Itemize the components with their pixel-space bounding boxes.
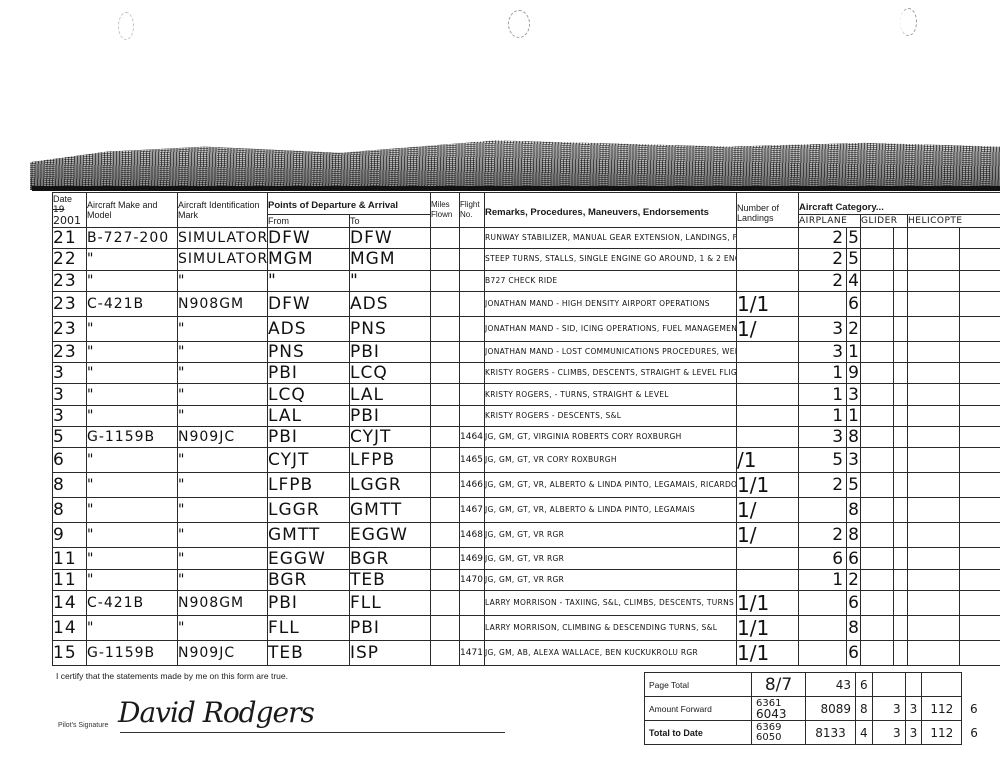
header-date: Date 19 2001 — [53, 193, 87, 228]
landings: 1/ — [737, 316, 799, 341]
flight-number: 1469 — [460, 548, 485, 569]
airplane-tenths: 5 — [847, 473, 861, 498]
helicopter-tenths — [960, 615, 1000, 640]
departure: DFW — [268, 291, 350, 316]
aircraft-make: " — [87, 523, 178, 548]
miles-flown — [431, 548, 460, 569]
helicopter-hours — [908, 341, 960, 362]
landings: /1 — [737, 448, 799, 473]
arrival: EGGW — [350, 523, 431, 548]
remarks: LARRY MORRISON, CLIMBING & DESCENDING TU… — [485, 615, 737, 640]
glider-tenths — [894, 384, 908, 405]
amount-forward-label: Amount Forward — [645, 697, 752, 721]
miles-flown — [431, 498, 460, 523]
airplane-tenths: 8 — [847, 615, 861, 640]
aircraft-ident: " — [178, 363, 268, 384]
remarks: JG, GM, GT, VR, ALBERTO & LINDA PINTO, L… — [485, 473, 737, 498]
log-entry-row: 21B-727-200SIMULATORDFWDFWRUNWAY STABILI… — [53, 228, 1000, 249]
pilot-signature: David Rodgers — [118, 696, 314, 729]
airplane-tenths: 9 — [847, 363, 861, 384]
aircraft-make: C-421B — [87, 291, 178, 316]
aircraft-make: " — [87, 316, 178, 341]
glider-hours — [861, 548, 894, 569]
airplane-hours: 1 — [799, 405, 847, 426]
glider-hours — [861, 249, 894, 270]
arrival: FLL — [350, 590, 431, 615]
glider-hours — [861, 291, 894, 316]
helicopter-hours — [908, 448, 960, 473]
glider-tenths — [894, 523, 908, 548]
log-entry-row: 6""CYJTLFPB1465JG, GM, GT, VR CORY ROXBU… — [53, 448, 1000, 473]
aircraft-make: " — [87, 615, 178, 640]
amount-forward-heli-hours: 112 — [922, 697, 962, 721]
flight-number: 1467 — [460, 498, 485, 523]
miles-flown — [431, 363, 460, 384]
log-entry-row: 3""LCQLALKRISTY ROGERS, - TURNS, STRAIGH… — [53, 384, 1000, 405]
landings: 1/1 — [737, 473, 799, 498]
airplane-tenths: 5 — [847, 249, 861, 270]
flight-number: 1470 — [460, 569, 485, 590]
entry-date: 14 — [53, 615, 87, 640]
arrival: PBI — [350, 615, 431, 640]
remarks: JONATHAN MAND - HIGH DENSITY AIRPORT OPE… — [485, 291, 737, 316]
aircraft-ident: " — [178, 498, 268, 523]
remarks: JG, GM, GT, VR CORY ROXBURGH — [485, 448, 737, 473]
helicopter-hours — [908, 228, 960, 249]
airplane-hours: 1 — [799, 384, 847, 405]
flight-number: 1466 — [460, 473, 485, 498]
page-total-landings: 8/7 — [752, 673, 806, 697]
entry-date: 23 — [53, 316, 87, 341]
glider-hours — [861, 473, 894, 498]
entry-date: 23 — [53, 341, 87, 362]
entry-date: 3 — [53, 405, 87, 426]
header-cat-glider: GLIDER — [861, 215, 908, 228]
aircraft-make: " — [87, 384, 178, 405]
airplane-tenths: 6 — [847, 291, 861, 316]
entry-date: 11 — [53, 569, 87, 590]
log-entry-row: 8""LFPBLGGR1466JG, GM, GT, VR, ALBERTO &… — [53, 473, 1000, 498]
miles-flown — [431, 270, 460, 291]
departure: PNS — [268, 341, 350, 362]
total-to-date-label: Total to Date — [645, 721, 752, 745]
glider-hours — [861, 270, 894, 291]
punch-hole — [508, 10, 530, 38]
helicopter-tenths — [960, 498, 1000, 523]
miles-flown — [431, 523, 460, 548]
airplane-tenths: 3 — [847, 448, 861, 473]
aircraft-make: G-1159B — [87, 427, 178, 448]
airplane-hours — [799, 640, 847, 665]
amount-forward-landings: 63616043 — [752, 697, 806, 721]
airplane-hours: 5 — [799, 448, 847, 473]
landings — [737, 384, 799, 405]
helicopter-hours — [908, 291, 960, 316]
glider-tenths — [894, 341, 908, 362]
flight-number — [460, 615, 485, 640]
helicopter-hours — [908, 427, 960, 448]
helicopter-tenths — [960, 427, 1000, 448]
glider-hours — [861, 640, 894, 665]
miles-flown — [431, 384, 460, 405]
miles-flown — [431, 405, 460, 426]
flight-number — [460, 316, 485, 341]
arrival: BGR — [350, 548, 431, 569]
aircraft-ident: " — [178, 316, 268, 341]
remarks: KRISTY ROGERS - DESCENTS, S&L — [485, 405, 737, 426]
helicopter-tenths — [960, 569, 1000, 590]
departure: PBI — [268, 590, 350, 615]
entry-date: 9 — [53, 523, 87, 548]
aircraft-ident: " — [178, 615, 268, 640]
remarks: LARRY MORRISON - TAXIING, S&L, CLIMBS, D… — [485, 590, 737, 615]
punch-hole — [900, 8, 917, 36]
flight-number: 1468 — [460, 523, 485, 548]
total-to-date-heli-tenths: 6 — [962, 721, 986, 745]
signature-label: Pilot's Signature — [58, 722, 108, 729]
entry-date: 3 — [53, 363, 87, 384]
miles-flown — [431, 640, 460, 665]
page-total-heli-tenths — [962, 673, 986, 697]
airplane-hours: 2 — [799, 473, 847, 498]
glider-hours — [861, 569, 894, 590]
miles-flown — [431, 473, 460, 498]
pilot-logbook-page: Date 19 2001 Aircraft Make and Model Air… — [52, 192, 1000, 666]
glider-tenths — [894, 590, 908, 615]
arrival: LFPB — [350, 448, 431, 473]
helicopter-tenths — [960, 640, 1000, 665]
airplane-hours: 2 — [799, 523, 847, 548]
entry-date: 23 — [53, 291, 87, 316]
flight-number — [460, 249, 485, 270]
log-entry-row: 14C-421BN908GMPBIFLLLARRY MORRISON - TAX… — [53, 590, 1000, 615]
arrival: GMTT — [350, 498, 431, 523]
airplane-hours — [799, 590, 847, 615]
arrival: PBI — [350, 405, 431, 426]
airplane-hours: 3 — [799, 316, 847, 341]
aircraft-ident: SIMULATOR — [178, 228, 268, 249]
glider-hours — [861, 405, 894, 426]
departure: CYJT — [268, 448, 350, 473]
helicopter-tenths — [960, 270, 1000, 291]
signature-line — [120, 732, 505, 733]
helicopter-tenths — [960, 590, 1000, 615]
miles-flown — [431, 569, 460, 590]
helicopter-tenths — [960, 523, 1000, 548]
departure: LAL — [268, 405, 350, 426]
aircraft-ident: N909JC — [178, 640, 268, 665]
header-points: Points of Departure & Arrival — [268, 193, 431, 215]
miles-flown — [431, 316, 460, 341]
aircraft-make: G-1159B — [87, 640, 178, 665]
arrival: PNS — [350, 316, 431, 341]
helicopter-tenths — [960, 363, 1000, 384]
aircraft-make: " — [87, 448, 178, 473]
aircraft-make: B-727-200 — [87, 228, 178, 249]
helicopter-tenths — [960, 316, 1000, 341]
airplane-hours: 2 — [799, 228, 847, 249]
helicopter-tenths — [960, 448, 1000, 473]
airplane-hours: 2 — [799, 270, 847, 291]
helicopter-tenths — [960, 384, 1000, 405]
airplane-hours: 6 — [799, 548, 847, 569]
flight-number — [460, 341, 485, 362]
airplane-tenths: 6 — [847, 640, 861, 665]
aircraft-ident: SIMULATOR — [178, 249, 268, 270]
flight-number: 1465 — [460, 448, 485, 473]
miles-flown — [431, 228, 460, 249]
airplane-hours — [799, 291, 847, 316]
helicopter-tenths — [960, 249, 1000, 270]
glider-tenths — [894, 291, 908, 316]
aircraft-ident: " — [178, 448, 268, 473]
flight-number — [460, 363, 485, 384]
departure: LCQ — [268, 384, 350, 405]
airplane-hours — [799, 498, 847, 523]
page-total-glider-hours — [872, 673, 905, 697]
airplane-tenths: 6 — [847, 590, 861, 615]
landings: 1/ — [737, 523, 799, 548]
airplane-tenths: 5 — [847, 228, 861, 249]
amount-forward-glider-tenths: 3 — [905, 697, 922, 721]
remarks: KRISTY ROGERS - CLIMBS, DESCENTS, STRAIG… — [485, 363, 737, 384]
aircraft-ident: " — [178, 548, 268, 569]
helicopter-hours — [908, 363, 960, 384]
glider-hours — [861, 384, 894, 405]
log-entry-row: 23C-421BN908GMDFWADSJONATHAN MAND - HIGH… — [53, 291, 1000, 316]
arrival: LGGR — [350, 473, 431, 498]
flight-number — [460, 291, 485, 316]
header-flight-no: Flight No. — [460, 193, 485, 228]
glider-tenths — [894, 548, 908, 569]
departure: PBI — [268, 427, 350, 448]
header-aircraft-category: Aircraft Category... — [799, 193, 1000, 215]
landings: 1/1 — [737, 615, 799, 640]
flight-number — [460, 270, 485, 291]
log-entry-row: 5G-1159BN909JCPBICYJT1464JG, GM, GT, VIR… — [53, 427, 1000, 448]
glider-tenths — [894, 615, 908, 640]
airplane-tenths: 2 — [847, 316, 861, 341]
airplane-tenths: 1 — [847, 341, 861, 362]
departure: EGGW — [268, 548, 350, 569]
airplane-tenths: 6 — [847, 548, 861, 569]
page-total-label: Page Total — [645, 673, 752, 697]
logbook-table: Date 19 2001 Aircraft Make and Model Air… — [52, 192, 1000, 666]
flight-number: 1471 — [460, 640, 485, 665]
glider-hours — [861, 228, 894, 249]
entry-date: 23 — [53, 270, 87, 291]
airplane-hours: 2 — [799, 249, 847, 270]
log-entry-row: 23""ADSPNSJONATHAN MAND - SID, ICING OPE… — [53, 316, 1000, 341]
totals-row-page-total: Page Total 8/7 43 6 — [645, 673, 986, 697]
departure: PBI — [268, 363, 350, 384]
log-entry-row: 15G-1159BN909JCTEBISP1471JG, GM, AB, ALE… — [53, 640, 1000, 665]
landings — [737, 569, 799, 590]
entry-date: 8 — [53, 498, 87, 523]
arrival: PBI — [350, 341, 431, 362]
landings — [737, 249, 799, 270]
glider-hours — [861, 341, 894, 362]
glider-hours — [861, 448, 894, 473]
log-entry-row: 3""PBILCQKRISTY ROGERS - CLIMBS, DESCENT… — [53, 363, 1000, 384]
flight-number — [460, 228, 485, 249]
landings — [737, 363, 799, 384]
flight-number: 1464 — [460, 427, 485, 448]
glider-tenths — [894, 405, 908, 426]
glider-hours — [861, 523, 894, 548]
aircraft-make: " — [87, 473, 178, 498]
log-entry-row: 23""PNSPBIJONATHAN MAND - LOST COMMUNICA… — [53, 341, 1000, 362]
arrival: ADS — [350, 291, 431, 316]
airplane-hours — [799, 615, 847, 640]
helicopter-hours — [908, 473, 960, 498]
helicopter-hours — [908, 590, 960, 615]
arrival: CYJT — [350, 427, 431, 448]
landings — [737, 548, 799, 569]
departure: DFW — [268, 228, 350, 249]
airplane-tenths: 8 — [847, 498, 861, 523]
aircraft-ident: " — [178, 270, 268, 291]
arrival: LAL — [350, 384, 431, 405]
departure: LFPB — [268, 473, 350, 498]
helicopter-tenths — [960, 228, 1000, 249]
entry-date: 11 — [53, 548, 87, 569]
helicopter-hours — [908, 270, 960, 291]
glider-hours — [861, 498, 894, 523]
entry-date: 21 — [53, 228, 87, 249]
aircraft-ident: N909JC — [178, 427, 268, 448]
glider-hours — [861, 316, 894, 341]
total-to-date-landings: 63696050 — [752, 721, 806, 745]
log-entry-row: 14""FLLPBILARRY MORRISON, CLIMBING & DES… — [53, 615, 1000, 640]
arrival: DFW — [350, 228, 431, 249]
header-remarks: Remarks, Procedures, Maneuvers, Endorsem… — [485, 193, 737, 228]
remarks: JG, GM, GT, VR RGR — [485, 548, 737, 569]
helicopter-hours — [908, 405, 960, 426]
header-aircraft-make: Aircraft Make and Model — [87, 193, 178, 228]
helicopter-tenths — [960, 473, 1000, 498]
log-entry-row: 8""LGGRGMTT1467JG, GM, GT, VR, ALBERTO &… — [53, 498, 1000, 523]
aircraft-ident: " — [178, 523, 268, 548]
remarks: KRISTY ROGERS, - TURNS, STRAIGHT & LEVEL — [485, 384, 737, 405]
helicopter-hours — [908, 640, 960, 665]
aircraft-ident: " — [178, 569, 268, 590]
departure: MGM — [268, 249, 350, 270]
landings: 1/1 — [737, 291, 799, 316]
glider-hours — [861, 615, 894, 640]
remarks: RUNWAY STABILIZER, MANUAL GEAR EXTENSION… — [485, 228, 737, 249]
glider-hours — [861, 363, 894, 384]
landings — [737, 228, 799, 249]
aircraft-ident: N908GM — [178, 590, 268, 615]
arrival: TEB — [350, 569, 431, 590]
aircraft-make: " — [87, 548, 178, 569]
glider-tenths — [894, 363, 908, 384]
departure: FLL — [268, 615, 350, 640]
log-entry-row: 22"SIMULATORMGMMGMSTEEP TURNS, STALLS, S… — [53, 249, 1000, 270]
header-cat-airplane: AIRPLANE — [799, 215, 861, 228]
glider-hours — [861, 590, 894, 615]
entry-date: 22 — [53, 249, 87, 270]
punch-hole — [118, 12, 134, 40]
departure: BGR — [268, 569, 350, 590]
remarks: JONATHAN MAND - LOST COMMUNICATIONS PROC… — [485, 341, 737, 362]
log-entry-row: 11""EGGWBGR1469JG, GM, GT, VR RGR66 — [53, 548, 1000, 569]
aircraft-ident: " — [178, 384, 268, 405]
airplane-tenths: 2 — [847, 569, 861, 590]
glider-tenths — [894, 427, 908, 448]
airplane-hours: 1 — [799, 569, 847, 590]
aircraft-make: " — [87, 270, 178, 291]
arrival: " — [350, 270, 431, 291]
airplane-tenths: 8 — [847, 427, 861, 448]
totals-row-amount-forward: Amount Forward 63616043 8089 8 3 3 112 6 — [645, 697, 986, 721]
flight-number — [460, 384, 485, 405]
departure: LGGR — [268, 498, 350, 523]
helicopter-hours — [908, 249, 960, 270]
airplane-tenths: 3 — [847, 384, 861, 405]
total-to-date-airplane-hours: 8133 — [806, 721, 856, 745]
scan-artifact-edge — [32, 186, 1000, 191]
totals-row-total-to-date: Total to Date 63696050 8133 4 3 3 112 6 — [645, 721, 986, 745]
arrival: LCQ — [350, 363, 431, 384]
glider-tenths — [894, 448, 908, 473]
aircraft-ident: " — [178, 405, 268, 426]
flight-number — [460, 590, 485, 615]
entry-date: 6 — [53, 448, 87, 473]
airplane-tenths: 4 — [847, 270, 861, 291]
totals-table: Page Total 8/7 43 6 Amount Forward 63616… — [644, 672, 986, 745]
header-landings: Number of Landings — [737, 193, 799, 228]
header-from: From — [268, 215, 350, 228]
landings — [737, 341, 799, 362]
aircraft-make: " — [87, 405, 178, 426]
header-miles-flown: Miles Flown — [431, 193, 460, 228]
entry-date: 5 — [53, 427, 87, 448]
miles-flown — [431, 615, 460, 640]
entry-date: 8 — [53, 473, 87, 498]
log-entry-row: 3""LALPBIKRISTY ROGERS - DESCENTS, S&L11 — [53, 405, 1000, 426]
header-to: To — [350, 215, 431, 228]
miles-flown — [431, 249, 460, 270]
helicopter-hours — [908, 316, 960, 341]
log-entry-row: 23""""B727 CHECK RIDE24 — [53, 270, 1000, 291]
remarks: JG, GM, GT, VR RGR — [485, 523, 737, 548]
helicopter-hours — [908, 548, 960, 569]
entry-date: 3 — [53, 384, 87, 405]
aircraft-ident: " — [178, 473, 268, 498]
glider-tenths — [894, 228, 908, 249]
page-total-glider-tenths — [905, 673, 922, 697]
amount-forward-airplane-hours: 8089 — [806, 697, 856, 721]
miles-flown — [431, 291, 460, 316]
entry-date: 14 — [53, 590, 87, 615]
glider-hours — [861, 427, 894, 448]
aircraft-make: C-421B — [87, 590, 178, 615]
glider-tenths — [894, 473, 908, 498]
aircraft-make: " — [87, 249, 178, 270]
log-entry-row: 11""BGRTEB1470JG, GM, GT, VR RGR12 — [53, 569, 1000, 590]
amount-forward-airplane-tenths: 8 — [856, 697, 873, 721]
helicopter-hours — [908, 569, 960, 590]
landings: 1/1 — [737, 590, 799, 615]
log-entry-row: 9""GMTTEGGW1468JG, GM, GT, VR RGR1/28 — [53, 523, 1000, 548]
helicopter-hours — [908, 615, 960, 640]
glider-tenths — [894, 569, 908, 590]
scan-artifact — [30, 128, 1000, 190]
total-to-date-airplane-tenths: 4 — [856, 721, 873, 745]
certification-statement: I certify that the statements made by me… — [56, 671, 288, 681]
